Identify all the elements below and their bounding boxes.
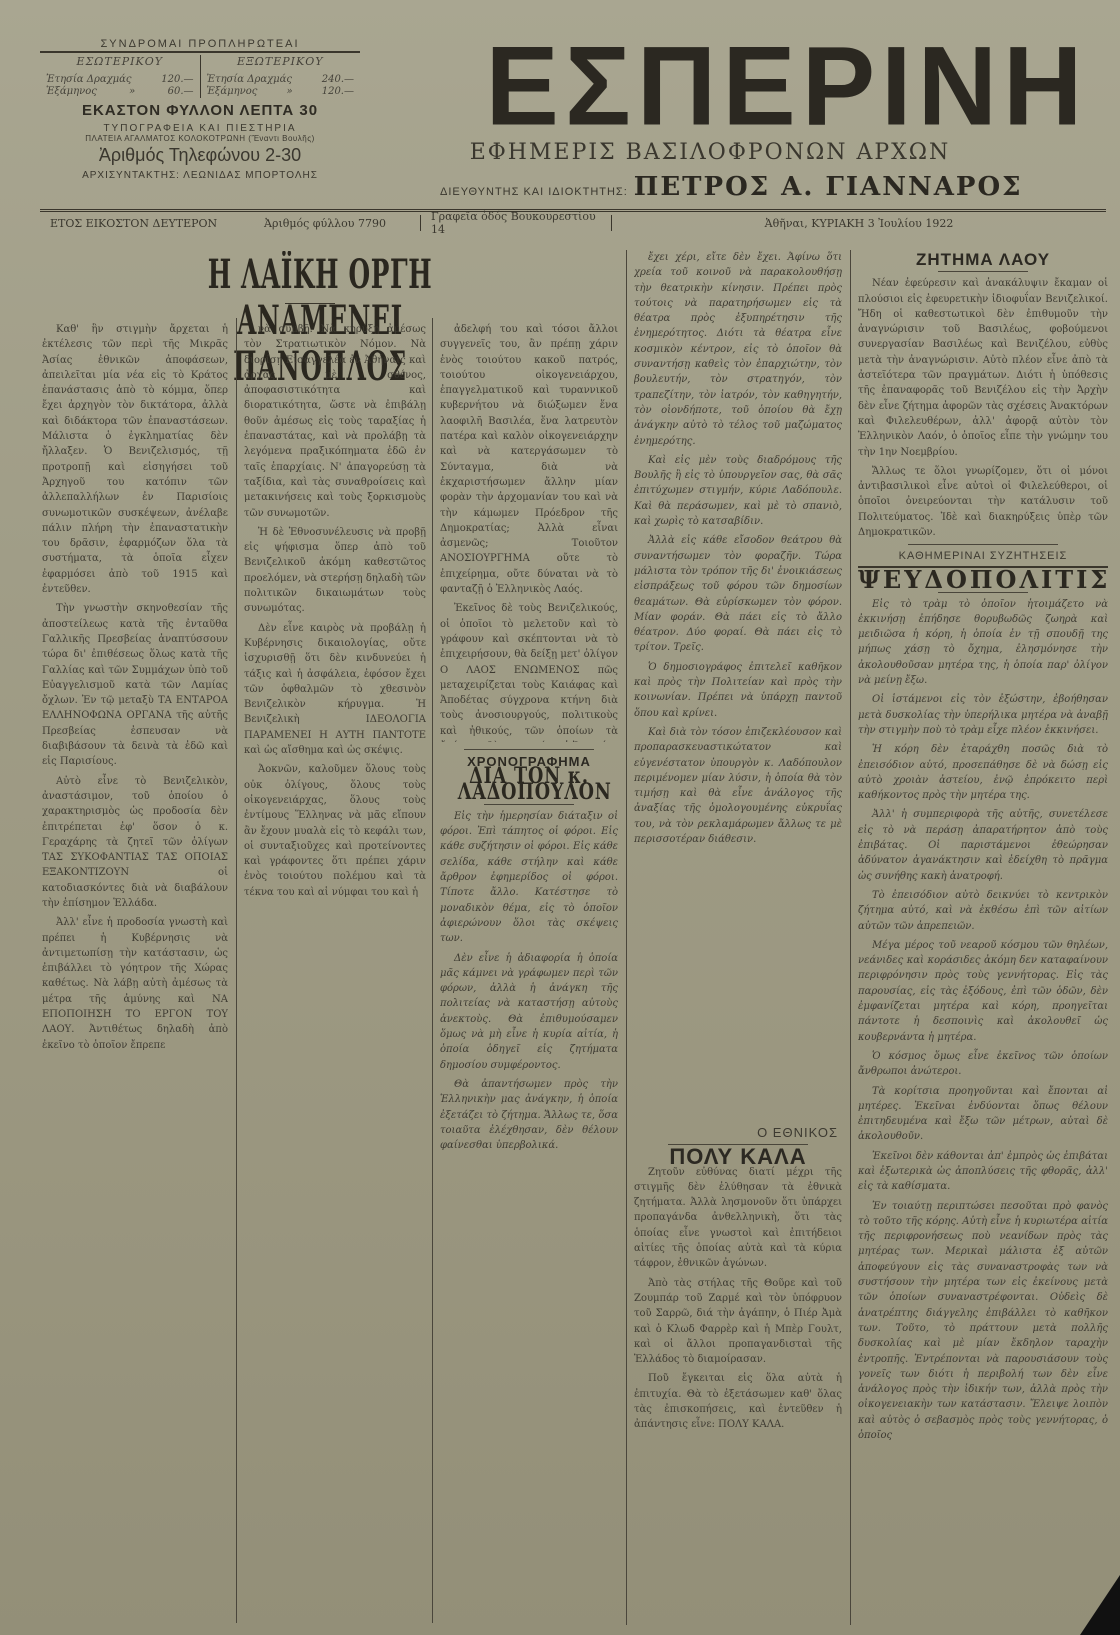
chronicle-headline: ΔΙΑ ΤΟΝ κ. ΛΑΔΟΠΟΥΛΟΝ	[458, 769, 600, 800]
issue-price: ΕΚΑΣΤΟΝ ΦΥΛΛΟΝ ΛΕΠΤΑ 30	[40, 102, 360, 119]
ditto-mark: »	[129, 86, 135, 98]
paragraph: Ἀοκνῶν, καλοῦμεν ὅλους τοὺς οὐκ ὀλίγους,…	[244, 762, 426, 900]
paragraph: Ὁ δημοσιογράφος ἐπιτελεῖ καθῆκον καὶ πρὸ…	[634, 660, 842, 721]
chief-editor: ΑΡΧΙΣΥΝΤΑΚΤΗΣ: ΛΕΩΝΙΔΑΣ ΜΠΟΡΤΟΛΗΣ	[40, 170, 360, 181]
chronicle-signature: Ο ΕΘΝΙΚΟΣ	[634, 1125, 842, 1140]
good-news-article: Ο ΕΘΝΙΚΟΣ ΠΟΛΥ ΚΑΛΑ Ζητοῦν εὐθύνας διατί…	[634, 1125, 842, 1625]
column-divider	[626, 250, 627, 1625]
newspaper-title: ΕΣΠΕΡΙΝΗ	[462, 37, 1112, 137]
pseudo-body: Εἰς τὸ τρὰμ τὸ ὁποῖον ἡτοιμάζετο νὰ ἐκκι…	[858, 597, 1108, 1444]
paragraph: Δὲν εἶνε ἡ ἀδιαφορία ἡ ὁποία μᾶς κάμνει …	[440, 951, 618, 1073]
paragraph: Ἀπὸ τὰς στήλας τῆς Θοῦρε καὶ τοῦ Ζουμπάρ…	[634, 1276, 842, 1368]
foreign-annual-price: 240.—	[322, 74, 354, 86]
paragraph: Εἰς τὴν ἡμερησίαν διάταξιν οἱ φόροι. Ἐπὶ…	[440, 809, 618, 947]
paragraph: Ἐκεῖνος δὲ τοὺς Βενιζελικούς, οἱ ὁποῖοι …	[440, 601, 618, 742]
paragraph: Ἡ κόρη δὲν ἐταράχθη ποσῶς διὰ τὸ ἐπεισόδ…	[858, 742, 1108, 803]
paragraph: Μέγα μέρος τοῦ νεαροῦ κόσμου τῶν θηλέων,…	[858, 938, 1108, 1045]
paragraph: νὰ συμβῇ. Νὰ κηρύξῃ ἀμέσως τὸν Στρατιωτι…	[244, 322, 426, 521]
lead-column-1: Καθ' ἣν στιγμὴν ἄρχεται ἡ ἐκτέλεσις τῶν …	[42, 322, 228, 1622]
paragraph: Ἀλλὰ εἰς κάθε εἴσοδον θεάτρου θὰ συναντή…	[634, 533, 842, 655]
year-label: ΕΤΟΣ ΕΙΚΟΣΤΟΝ ΔΕΥΤΕΡΟΝ	[40, 215, 230, 231]
pseudo-civilization-article: ΚΑΘΗΜΕΡΙΝΑΙ ΣΥΖΗΤΗΣΕΙΣ ΨΕΥΔΟΠΟΛΙΤΙΣΜΟΣ Ε…	[858, 540, 1108, 1625]
foreign-semi-price: 120.—	[322, 86, 354, 98]
subscription-box: ΣΥΝΔΡΟΜΑΙ ΠΡΟΠΛΗΡΩΤΕΑΙ ΕΣΩΤΕΡΙΚΟΥ Ἐτησία…	[40, 38, 360, 181]
paragraph: Τὰ κορίτσια προηγοῦνται καὶ ἔπονται αἱ μ…	[858, 1084, 1108, 1145]
headline-rule	[285, 303, 335, 304]
paragraph: Ἡ δὲ Ἐθνοσυνέλευσις νὰ προβῇ εἰς ψήφισμα…	[244, 525, 426, 617]
subscription-heading: ΣΥΝΔΡΟΜΑΙ ΠΡΟΠΛΗΡΩΤΕΑΙ	[40, 38, 360, 53]
paragraph: Ὁ κόσμος ὅμως εἶνε ἐκεῖνος τῶν ὁποίων ἄν…	[858, 1049, 1108, 1080]
paragraph: Ζητοῦν εὐθύνας διατί μέχρι τῆς στιγμῆς δ…	[634, 1165, 842, 1272]
dateline-bar: ΕΤΟΣ ΕΙΚΟΣΤΟΝ ΔΕΥΤΕΡΟΝ Ἀριθμός φύλλου 77…	[40, 209, 1106, 234]
divider	[938, 271, 1028, 272]
divider	[908, 544, 1058, 545]
printing-address: ΠΛΑΤΕΙΑ ΑΓΑΛΜΑΤΟΣ ΚΟΛΟΚΟΤΡΩΝΗ (Ἔναντι Βο…	[40, 134, 360, 143]
paragraph: ἔχει χέρι, εἴτε δὲν ἔχει. Ἀφίνω ὅτι χρεί…	[634, 250, 842, 449]
ditto-mark: »	[286, 86, 292, 98]
masthead: ΣΥΝΔΡΟΜΑΙ ΠΡΟΠΛΗΡΩΤΕΑΙ ΕΣΩΤΕΡΙΚΟΥ Ἐτησία…	[0, 0, 1120, 208]
good-news-body: Ζητοῦν εὐθύνας διατί μέχρι τῆς στιγμῆς δ…	[634, 1165, 842, 1433]
paragraph: Τὸ ἐπεισόδιον αὐτὸ δεικνύει τὸ κεντρικὸν…	[858, 888, 1108, 934]
column-divider	[236, 318, 237, 1623]
good-news-headline: ΠΟΛΥ ΚΑΛΑ	[634, 1149, 842, 1164]
newspaper-page: ΣΥΝΔΡΟΜΑΙ ΠΡΟΠΛΗΡΩΤΕΑΙ ΕΣΩΤΕΡΙΚΟΥ Ἐτησία…	[0, 0, 1120, 1635]
domestic-annual-price: 120.—	[161, 74, 193, 86]
paragraph: Ἐν τοιαύτῃ περιπτώσει πεσοῦται πρὸ φανὸς…	[858, 1199, 1108, 1444]
paragraph: Καθ' ἣν στιγμὴν ἄρχεται ἡ ἐκτέλεσις τῶν …	[42, 322, 228, 597]
issue-date: Ἀθῆναι, ΚΥΡΙΑΚΗ 3 Ἰουλίου 1922	[611, 215, 1106, 231]
column-divider	[850, 250, 851, 1625]
lead-column-2: νὰ συμβῇ. Νὰ κηρύξῃ ἀμέσως τὸν Στρατιωτι…	[244, 322, 426, 1622]
paragraph: Νέαν ἐφεύρεσιν καὶ ἀνακάλυψιν ἔκαμαν οἱ …	[858, 276, 1108, 460]
column-divider	[432, 318, 433, 1623]
question-headline: ΖΗΤΗΜΑ ΛΑΟΥ	[858, 252, 1108, 267]
phone-number: Ἀριθμός Τηλεφώνου 2-30	[40, 145, 360, 166]
annual-label: Ἐτησία Δραχμάς	[207, 74, 293, 86]
domestic-label: ΕΣΩΤΕΡΙΚΟΥ	[46, 55, 194, 68]
annual-label: Ἐτησία Δραχμάς	[46, 74, 132, 86]
pseudo-headline: ΨΕΥΔΟΠΟΛΙΤΙΣΜΟΣ	[858, 572, 1108, 587]
question-article: ΖΗΤΗΜΑ ΛΑΟΥ Νέαν ἐφεύρεσιν καὶ ἀνακάλυψι…	[858, 252, 1108, 537]
director-name: ΠΕΤΡΟΣ Α. ΓΙΑΝΝΑΡΟΣ	[634, 172, 1023, 202]
issue-number: Ἀριθμός φύλλου 7790	[230, 215, 420, 231]
tagline: ΕΦΗΜΕΡΙΣ ΒΑΣΙΛΟΦΡΟΝΩΝ ΑΡΧΩΝ	[430, 140, 990, 165]
chronicle-column-continued: ἔχει χέρι, εἴτε δὲν ἔχει. Ἀφίνω ὅτι χρεί…	[634, 250, 842, 1130]
paragraph: Ἀλλ' ἡ συμπεριφορὰ τῆς αὐτῆς, συνετέλεσε…	[858, 807, 1108, 883]
paragraph: Ἐκεῖνοι δὲν κάθονται ἀπ' ἐμπρὸς ὡς ἐπιβά…	[858, 1149, 1108, 1195]
lead-column-3: ἀδελφή του καὶ τόσοι ἄλλοι συγγενεῖς του…	[440, 322, 618, 742]
printing-label: ΤΥΠΟΓΡΑΦΕΙΑ ΚΑΙ ΠΙΕΣΤΗΡΙΑ	[40, 123, 360, 134]
office-address: Γραφεῖα ὁδός Βουκουρεστίου 14	[420, 215, 611, 231]
chronicle-body: Εἰς τὴν ἡμερησίαν διάταξιν οἱ φόροι. Ἐπὶ…	[440, 809, 618, 1154]
semi-label: Ἑξάμηνος	[46, 86, 97, 98]
paragraph: Ποῦ ἔγκειται εἰς ὅλα αὐτὰ ἡ ἐπιτυχία. Θὰ…	[634, 1371, 842, 1432]
paragraph: Οἱ ἱστάμενοι εἰς τὸν ἐξώστην, ἐβοήθησαν …	[858, 692, 1108, 738]
semi-label: Ἑξάμηνος	[207, 86, 258, 98]
paragraph: Αὐτὸ εἶνε τὸ Βενιζελικὸν, ἀναστάσιμον, τ…	[42, 774, 228, 912]
paragraph: Ἀλλ' εἶνε ἡ προδοσία γνωστὴ καὶ πρέπει ἡ…	[42, 915, 228, 1053]
foreign-label: ΕΞΩΤΕΡΙΚΟΥ	[207, 55, 355, 68]
paragraph: ἀδελφή του καὶ τόσοι ἄλλοι συγγενεῖς του…	[440, 322, 618, 597]
paragraph: Καὶ εἰς μὲν τοὺς διαδρόμους τῆς Βουλῆς ἢ…	[634, 453, 842, 529]
director-line: ΔΙΕΥΘΥΝΤΗΣ ΚΑΙ ΙΔΙΟΚΤΗΤΗΣ: ΠΕΤΡΟΣ Α. ΓΙΑ…	[440, 172, 1120, 202]
chronicle-column: ΧΡΟΝΟΓΡΑΦΗΜΑ ΔΙΑ ΤΟΝ κ. ΛΑΔΟΠΟΥΛΟΝ Εἰς τ…	[440, 745, 618, 1625]
paragraph: Τὴν γνωστὴν σκηνοθεσίαν τῆς ἀποστείλεως …	[42, 601, 228, 769]
foreign-rates: ΕΞΩΤΕΡΙΚΟΥ Ἐτησία Δραχμάς240.— Ἑξάμηνος»…	[201, 55, 361, 98]
paragraph: Καὶ διὰ τὸν τόσον ἐπιζεκλέουσον καὶ προπ…	[634, 725, 842, 847]
domestic-semi-price: 60.—	[168, 86, 194, 98]
paragraph: Θὰ ἀπαντήσωμεν πρὸς τὴν Ἑλληνικὴν μας ἀν…	[440, 1077, 618, 1153]
paragraph: Δὲν εἶνε καιρὸς νὰ προβάλῃ ἡ Κυβέρνησις …	[244, 621, 426, 759]
divider	[464, 749, 594, 750]
domestic-rates: ΕΣΩΤΕΡΙΚΟΥ Ἐτησία Δραχμάς120.— Ἑξάμηνος»…	[40, 55, 201, 98]
paragraph: Ἄλλως τε ὅλοι γνωρίζομεν, ὅτι οἱ μόνοι ἀ…	[858, 464, 1108, 537]
question-body: Νέαν ἐφεύρεσιν καὶ ἀνακάλυψιν ἔκαμαν οἱ …	[858, 276, 1108, 537]
paragraph: Εἰς τὸ τρὰμ τὸ ὁποῖον ἡτοιμάζετο νὰ ἐκκι…	[858, 597, 1108, 689]
director-label: ΔΙΕΥΘΥΝΤΗΣ ΚΑΙ ΙΔΙΟΚΤΗΤΗΣ:	[440, 186, 628, 198]
